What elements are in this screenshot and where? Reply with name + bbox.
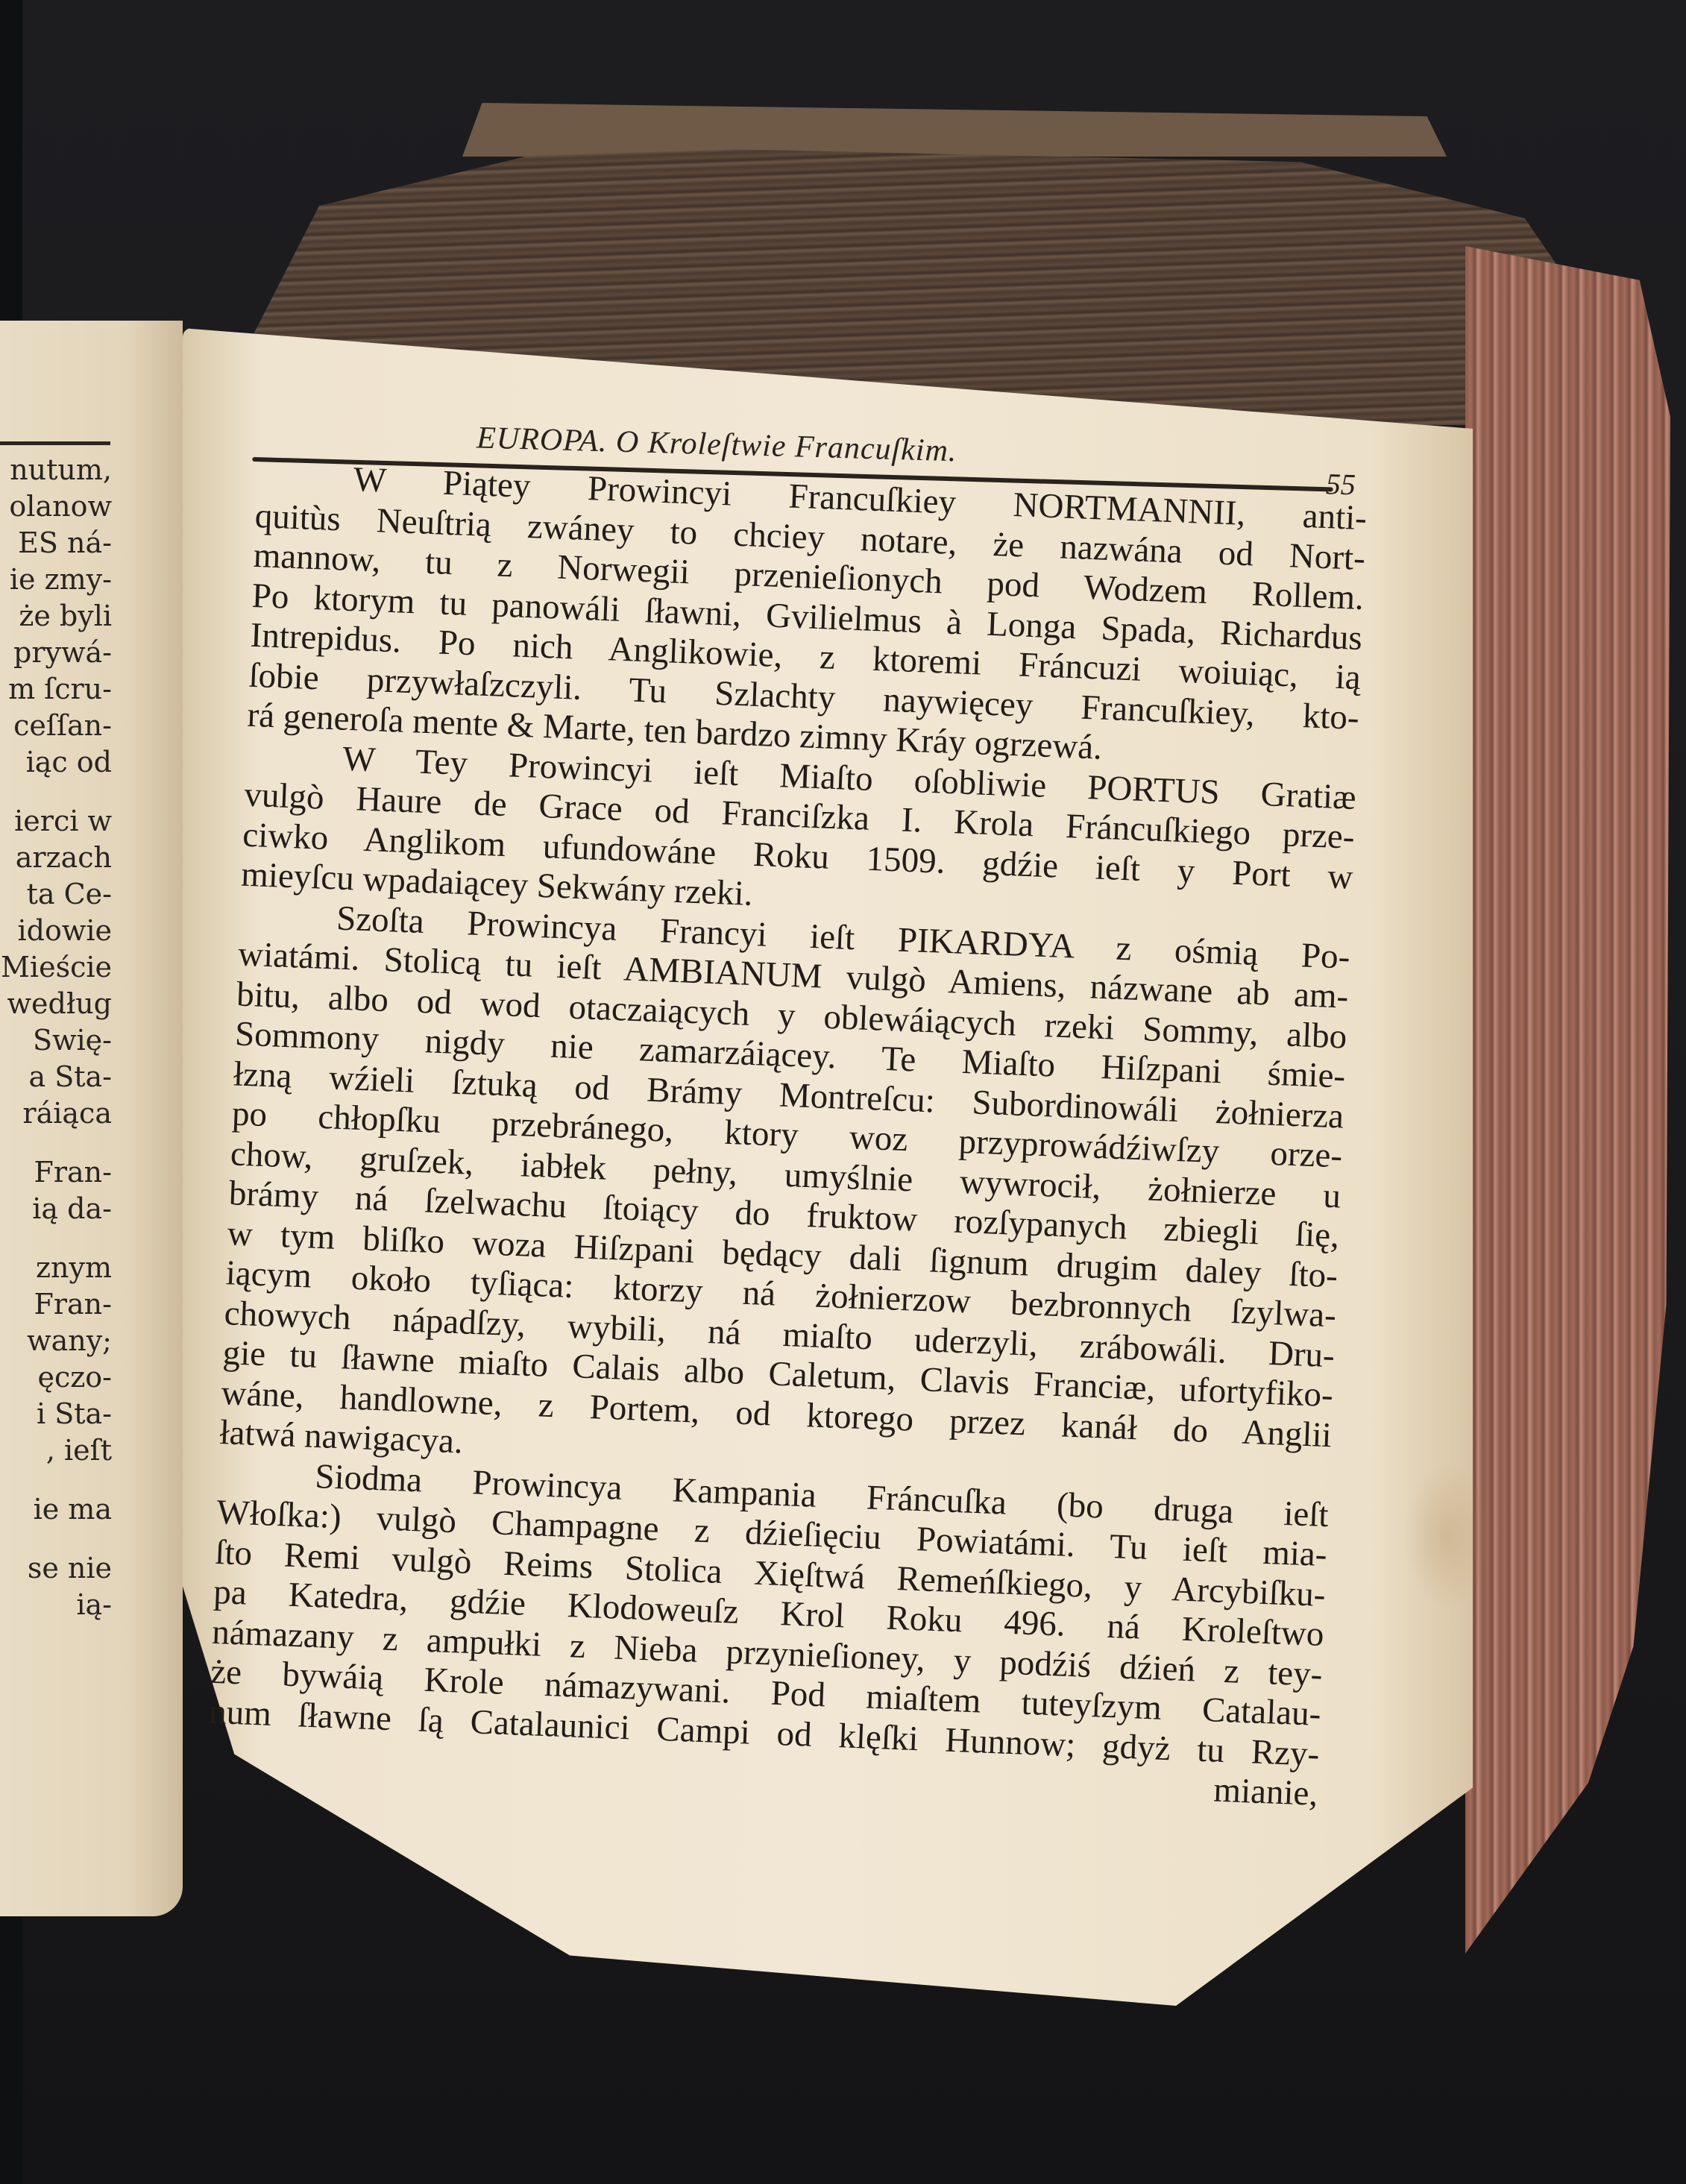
left-page-header-rule [0,441,110,445]
left-page-line-fragment: ceſſan- [0,708,112,744]
left-page-line-fragment: ta Ce- [0,876,112,913]
water-stain [1402,1461,1491,1611]
left-page-line-fragment [0,781,112,803]
left-page-line-fragment: m ſcru- [0,671,112,708]
left-page-line-fragment [0,1227,112,1250]
left-page-line-fragment: ęczo- [0,1359,112,1396]
left-page-line-fragment: olanow [0,488,112,525]
left-page-line-fragment: Mieście [0,949,112,986]
left-page-line-fragment: ią- [0,1587,112,1623]
left-page-text-fragment: nutum,olanowES ná-ie zmy-że byliprywá-m … [0,452,112,1623]
left-page-line-fragment: wany; [0,1323,112,1359]
left-page-line-fragment: idowie [0,913,112,949]
left-page-line-fragment: ie zmy- [0,561,112,598]
left-page-line-fragment: Fran- [0,1154,112,1191]
left-page-line-fragment: znym [0,1250,112,1286]
left-page-line-fragment: arzach [0,840,112,876]
left-page-line-fragment: ES ná- [0,525,112,561]
left-page-line-fragment [0,1469,112,1491]
left-page-line-fragment: ierci w [0,803,112,840]
left-page-line-fragment: według [0,986,112,1022]
left-page-line-fragment: iąc od [0,744,112,781]
page-number: 55 [1325,466,1356,502]
left-page-line-fragment: ráiąca [0,1095,112,1132]
left-page-line-fragment: , ieſt [0,1432,112,1469]
left-page-line-fragment: prywá- [0,635,112,671]
left-page-line-fragment: ią da- [0,1191,112,1227]
left-page-line-fragment: ie ma [0,1491,112,1528]
left-page-line-fragment [0,1132,112,1154]
body-text: W Piątey Prowincyi Francuſkiey NORTMANNI… [207,456,1368,1814]
left-page-line-fragment: a Sta- [0,1059,112,1095]
left-page-line-fragment: i Sta- [0,1396,112,1432]
left-page-line-fragment: że byli [0,598,112,635]
left-page-line-fragment: Fran- [0,1286,112,1323]
left-page-line-fragment: se nie [0,1550,112,1587]
left-page-line-fragment: Swię- [0,1022,112,1059]
left-page-line-fragment: nutum, [0,452,112,488]
left-page-line-fragment [0,1528,112,1550]
